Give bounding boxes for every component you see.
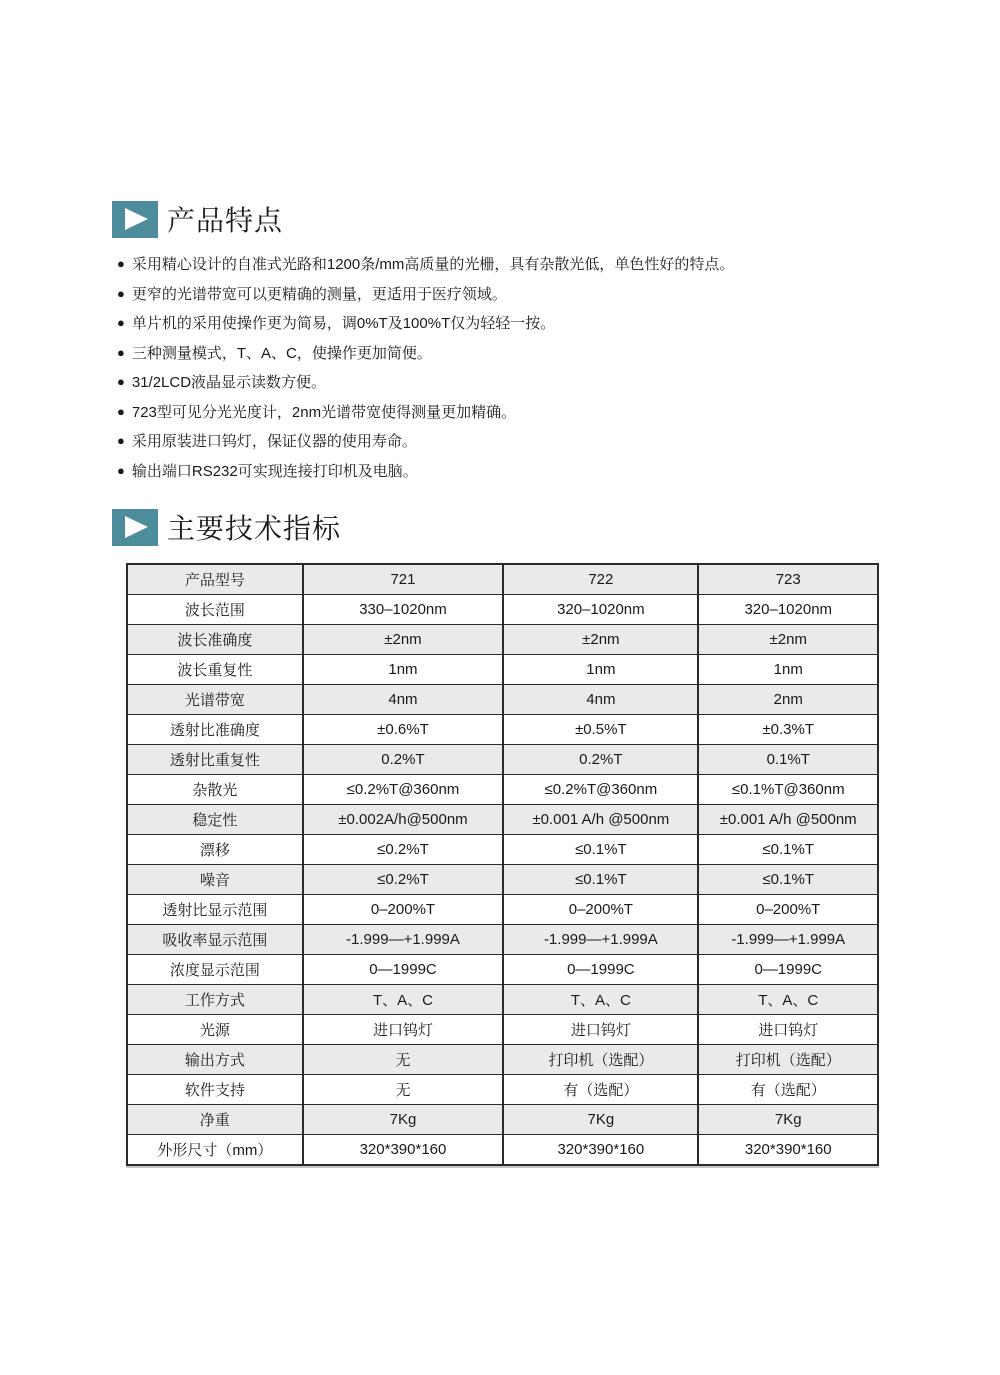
bullet-icon: ● xyxy=(117,346,125,359)
spec-label: 吸收率显示范围 xyxy=(127,925,303,955)
spec-value: 7Kg xyxy=(698,1105,878,1135)
spec-row: 光谱带宽4nm4nm2nm xyxy=(127,685,878,715)
spec-value: 0.2%T xyxy=(503,745,698,775)
spec-value: 320–1020nm xyxy=(698,595,878,625)
spec-value: ≤0.1%T xyxy=(503,865,698,895)
spec-row: 浓度显示范围0—1999C0—1999C0—1999C xyxy=(127,955,878,985)
spec-label: 产品型号 xyxy=(127,564,303,595)
spec-value: ±0.001 A/h @500nm xyxy=(503,805,698,835)
spec-row: 透射比准确度±0.6%T±0.5%T±0.3%T xyxy=(127,715,878,745)
spec-label: 净重 xyxy=(127,1105,303,1135)
spec-value: 2nm xyxy=(698,685,878,715)
spec-label: 噪音 xyxy=(127,865,303,895)
spec-label: 输出方式 xyxy=(127,1045,303,1075)
spec-value: 4nm xyxy=(503,685,698,715)
spec-value: -1.999—+1.999A xyxy=(698,925,878,955)
spec-value: -1.999—+1.999A xyxy=(303,925,504,955)
spec-row: 光源进口钨灯进口钨灯进口钨灯 xyxy=(127,1015,878,1045)
spec-label: 工作方式 xyxy=(127,985,303,1015)
bullet-icon: ● xyxy=(117,375,125,388)
specs-table: 产品型号721722723波长范围330–1020nm320–1020nm320… xyxy=(126,563,879,1166)
spec-row: 透射比重复性0.2%T0.2%T0.1%T xyxy=(127,745,878,775)
play-triangle-glyph xyxy=(125,516,148,538)
bullet-icon: ● xyxy=(117,434,125,447)
spec-value: ±0.002A/h@500nm xyxy=(303,805,504,835)
spec-value: ≤0.1%T xyxy=(698,865,878,895)
features-title: 产品特点 xyxy=(167,199,283,239)
spec-value: 进口钨灯 xyxy=(698,1015,878,1045)
spec-label: 透射比显示范围 xyxy=(127,895,303,925)
spec-value: 330–1020nm xyxy=(303,595,504,625)
play-triangle-glyph xyxy=(125,208,148,230)
play-triangle-icon xyxy=(112,201,158,238)
spec-label: 光源 xyxy=(127,1015,303,1045)
spec-row: 吸收率显示范围-1.999—+1.999A-1.999—+1.999A-1.99… xyxy=(127,925,878,955)
spec-value: 无 xyxy=(303,1045,504,1075)
spec-value: 1nm xyxy=(503,655,698,685)
spec-value: 打印机（选配） xyxy=(503,1045,698,1075)
bullet-icon: ● xyxy=(117,287,125,300)
spec-row: 波长范围330–1020nm320–1020nm320–1020nm xyxy=(127,595,878,625)
spec-value: 320*390*160 xyxy=(303,1135,504,1166)
spec-value: 4nm xyxy=(303,685,504,715)
spec-row: 透射比显示范围0–200%T0–200%T0–200%T xyxy=(127,895,878,925)
feature-text: 采用精心设计的自准式光路和1200条/mm高质量的光栅，具有杂散光低，单色性好的… xyxy=(132,253,735,274)
spec-value: ±2nm xyxy=(698,625,878,655)
spec-label: 波长重复性 xyxy=(127,655,303,685)
play-triangle-icon xyxy=(112,509,158,546)
spec-value: 有（选配） xyxy=(503,1075,698,1105)
spec-value: 无 xyxy=(303,1075,504,1105)
specs-title: 主要技术指标 xyxy=(167,507,341,547)
spec-value: 722 xyxy=(503,564,698,595)
spec-label: 漂移 xyxy=(127,835,303,865)
spec-row: 工作方式T、A、CT、A、CT、A、C xyxy=(127,985,878,1015)
spec-value: 0–200%T xyxy=(503,895,698,925)
spec-value: ≤0.2%T xyxy=(303,835,504,865)
bullet-icon: ● xyxy=(117,316,125,329)
spec-value: 7Kg xyxy=(303,1105,504,1135)
spec-value: 进口钨灯 xyxy=(503,1015,698,1045)
spec-value: -1.999—+1.999A xyxy=(503,925,698,955)
spec-value: 7Kg xyxy=(503,1105,698,1135)
spec-value: ±2nm xyxy=(303,625,504,655)
feature-item: ●723型可见分光光度计，2nm光谱带宽使得测量更加精确。 xyxy=(117,397,734,427)
spec-label: 透射比准确度 xyxy=(127,715,303,745)
spec-row: 稳定性±0.002A/h@500nm±0.001 A/h @500nm±0.00… xyxy=(127,805,878,835)
spec-value: T、A、C xyxy=(503,985,698,1015)
feature-item: ●单片机的采用使操作更为简易，调0%T及100%T仅为轻轻一按。 xyxy=(117,308,734,338)
spec-value: T、A、C xyxy=(303,985,504,1015)
spec-label: 波长准确度 xyxy=(127,625,303,655)
spec-value: 1nm xyxy=(303,655,504,685)
spec-label: 波长范围 xyxy=(127,595,303,625)
spec-value: ≤0.1%T xyxy=(503,835,698,865)
spec-value: 0—1999C xyxy=(303,955,504,985)
spec-value: ≤0.2%T@360nm xyxy=(503,775,698,805)
bullet-icon: ● xyxy=(117,464,125,477)
spec-value: 有（选配） xyxy=(698,1075,878,1105)
spec-value: 723 xyxy=(698,564,878,595)
spec-row: 漂移≤0.2%T≤0.1%T≤0.1%T xyxy=(127,835,878,865)
feature-item: ●采用精心设计的自准式光路和1200条/mm高质量的光栅，具有杂散光低，单色性好… xyxy=(117,249,734,279)
spec-row: 波长重复性1nm1nm1nm xyxy=(127,655,878,685)
spec-value: 0–200%T xyxy=(303,895,504,925)
feature-text: 更窄的光谱带宽可以更精确的测量，更适用于医疗领域。 xyxy=(132,283,507,304)
spec-label: 透射比重复性 xyxy=(127,745,303,775)
bullet-icon: ● xyxy=(117,257,125,270)
spec-value: 320–1020nm xyxy=(503,595,698,625)
feature-text: 采用原装进口钨灯，保证仪器的使用寿命。 xyxy=(132,430,417,451)
specs-section-header: 主要技术指标 xyxy=(112,507,341,547)
spec-value: 打印机（选配） xyxy=(698,1045,878,1075)
spec-value: 0.2%T xyxy=(303,745,504,775)
spec-value: ±0.3%T xyxy=(698,715,878,745)
feature-text: 输出端口RS232可实现连接打印机及电脑。 xyxy=(132,460,418,481)
spec-value: ±0.6%T xyxy=(303,715,504,745)
spec-label: 光谱带宽 xyxy=(127,685,303,715)
spec-value: 320*390*160 xyxy=(698,1135,878,1166)
spec-value: 进口钨灯 xyxy=(303,1015,504,1045)
feature-item: ●更窄的光谱带宽可以更精确的测量，更适用于医疗领域。 xyxy=(117,279,734,309)
feature-item: ●采用原装进口钨灯，保证仪器的使用寿命。 xyxy=(117,426,734,456)
spec-row: 外形尺寸（mm）320*390*160320*390*160320*390*16… xyxy=(127,1135,878,1166)
spec-label: 浓度显示范围 xyxy=(127,955,303,985)
feature-item: ●31/2LCD液晶显示读数方便。 xyxy=(117,367,734,397)
spec-value: T、A、C xyxy=(698,985,878,1015)
spec-row: 输出方式无打印机（选配）打印机（选配） xyxy=(127,1045,878,1075)
spec-value: ≤0.1%T xyxy=(698,835,878,865)
spec-row: 杂散光≤0.2%T@360nm≤0.2%T@360nm≤0.1%T@360nm xyxy=(127,775,878,805)
spec-value: 320*390*160 xyxy=(503,1135,698,1166)
feature-text: 单片机的采用使操作更为简易，调0%T及100%T仅为轻轻一按。 xyxy=(132,312,555,333)
spec-value: 0—1999C xyxy=(698,955,878,985)
spec-value: 721 xyxy=(303,564,504,595)
spec-row: 波长准确度±2nm±2nm±2nm xyxy=(127,625,878,655)
feature-text: 723型可见分光光度计，2nm光谱带宽使得测量更加精确。 xyxy=(132,401,516,422)
feature-item: ●输出端口RS232可实现连接打印机及电脑。 xyxy=(117,456,734,486)
spec-value: 0–200%T xyxy=(698,895,878,925)
features-list: ●采用精心设计的自准式光路和1200条/mm高质量的光栅，具有杂散光低，单色性好… xyxy=(117,249,734,485)
spec-value: ≤0.2%T@360nm xyxy=(303,775,504,805)
bullet-icon: ● xyxy=(117,405,125,418)
spec-value: ≤0.2%T xyxy=(303,865,504,895)
spec-row: 净重7Kg7Kg7Kg xyxy=(127,1105,878,1135)
spec-header-row: 产品型号721722723 xyxy=(127,564,878,595)
spec-label: 杂散光 xyxy=(127,775,303,805)
spec-label: 软件支持 xyxy=(127,1075,303,1105)
features-section-header: 产品特点 xyxy=(112,199,283,239)
spec-value: 0.1%T xyxy=(698,745,878,775)
spec-value: 1nm xyxy=(698,655,878,685)
feature-text: 31/2LCD液晶显示读数方便。 xyxy=(132,371,326,392)
spec-row: 软件支持无有（选配）有（选配） xyxy=(127,1075,878,1105)
spec-value: ≤0.1%T@360nm xyxy=(698,775,878,805)
feature-item: ●三种测量模式，T、A、C，使操作更加简便。 xyxy=(117,338,734,368)
spec-label: 稳定性 xyxy=(127,805,303,835)
feature-text: 三种测量模式，T、A、C，使操作更加简便。 xyxy=(132,342,432,363)
spec-sheet-page: 产品特点 ●采用精心设计的自准式光路和1200条/mm高质量的光栅，具有杂散光低… xyxy=(0,0,1000,1375)
spec-value: 0—1999C xyxy=(503,955,698,985)
spec-label: 外形尺寸（mm） xyxy=(127,1135,303,1166)
spec-value: ±2nm xyxy=(503,625,698,655)
spec-value: ±0.001 A/h @500nm xyxy=(698,805,878,835)
spec-row: 噪音≤0.2%T≤0.1%T≤0.1%T xyxy=(127,865,878,895)
spec-value: ±0.5%T xyxy=(503,715,698,745)
